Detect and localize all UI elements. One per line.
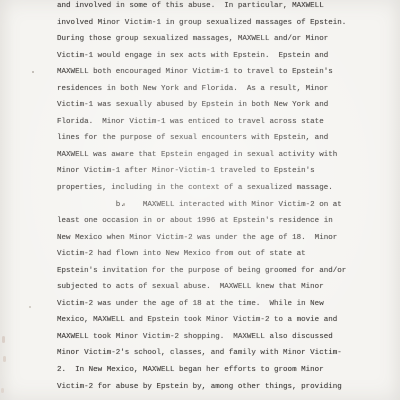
scan-speck (29, 306, 31, 308)
document-page: and involved in some of this abuse. In p… (0, 0, 400, 400)
scan-speck (2, 336, 5, 343)
scan-speck (1, 388, 4, 393)
document-text: and involved in some of this abuse. In p… (57, 0, 346, 395)
scan-speck (3, 356, 6, 362)
scan-speck (32, 71, 34, 73)
